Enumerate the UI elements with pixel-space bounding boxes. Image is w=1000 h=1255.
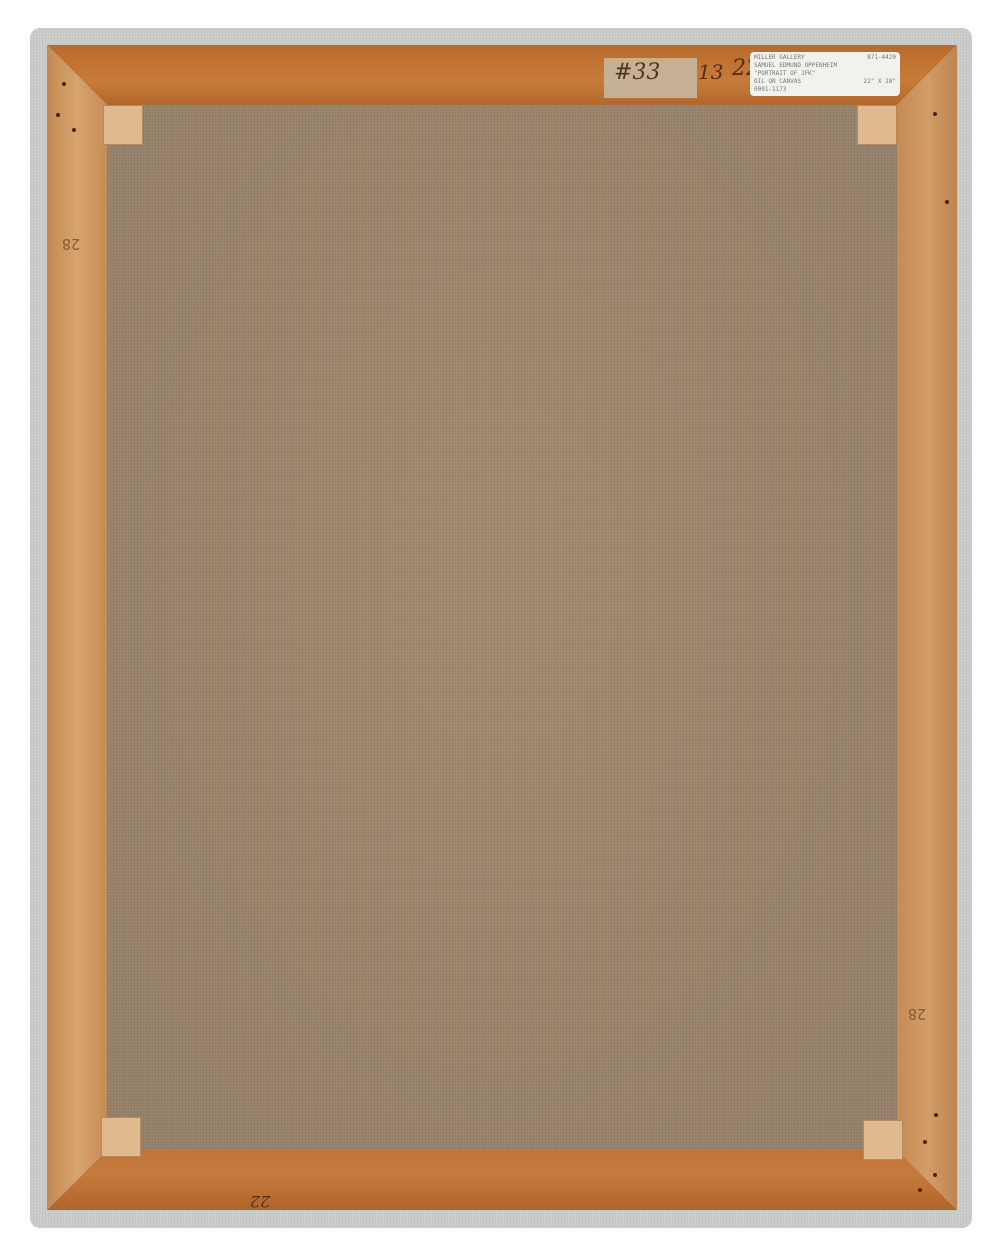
tack-hole xyxy=(918,1188,922,1192)
tape-number: #33 xyxy=(614,60,660,85)
stretcher-bar-left xyxy=(47,45,107,1210)
corner-key-bottom-right xyxy=(863,1120,903,1160)
top-bar-number: 13 xyxy=(698,60,723,84)
tack-hole xyxy=(945,200,949,204)
corner-key-top-left xyxy=(103,105,143,145)
corner-key-bottom-left xyxy=(101,1117,141,1157)
label-phone: 871-4420 xyxy=(867,54,896,62)
gallery-label: MILLER GALLERY871-4420 SAMUEL EDMUND OPP… xyxy=(750,52,900,96)
label-medium: OIL ON CANVAS xyxy=(754,78,801,86)
stretcher-bar-bottom xyxy=(47,1150,957,1210)
tack-hole xyxy=(923,1140,927,1144)
corner-key-top-right xyxy=(857,105,897,145)
label-artist: SAMUEL EDMUND OPPENHEIM xyxy=(754,62,837,70)
label-dimensions: 22" X 28" xyxy=(863,78,896,86)
stretcher-bar-right xyxy=(897,45,957,1210)
linen-canvas-back xyxy=(107,105,897,1150)
label-gallery-name: MILLER GALLERY xyxy=(754,54,805,62)
tack-hole xyxy=(72,128,76,132)
tack-hole xyxy=(56,113,60,117)
tack-hole xyxy=(934,1113,938,1117)
label-inventory: 0001-1173 xyxy=(754,86,787,94)
masking-tape-label: #33 xyxy=(604,58,697,98)
bottom-bar-mark: 22 xyxy=(250,1192,270,1211)
tack-hole xyxy=(933,112,937,116)
tack-hole xyxy=(62,82,66,86)
label-title: "PORTRAIT OF JFK" xyxy=(754,70,815,78)
left-bar-stamp: 28 xyxy=(62,235,80,253)
right-bar-stamp: 28 xyxy=(908,1005,926,1023)
tack-hole xyxy=(933,1173,937,1177)
